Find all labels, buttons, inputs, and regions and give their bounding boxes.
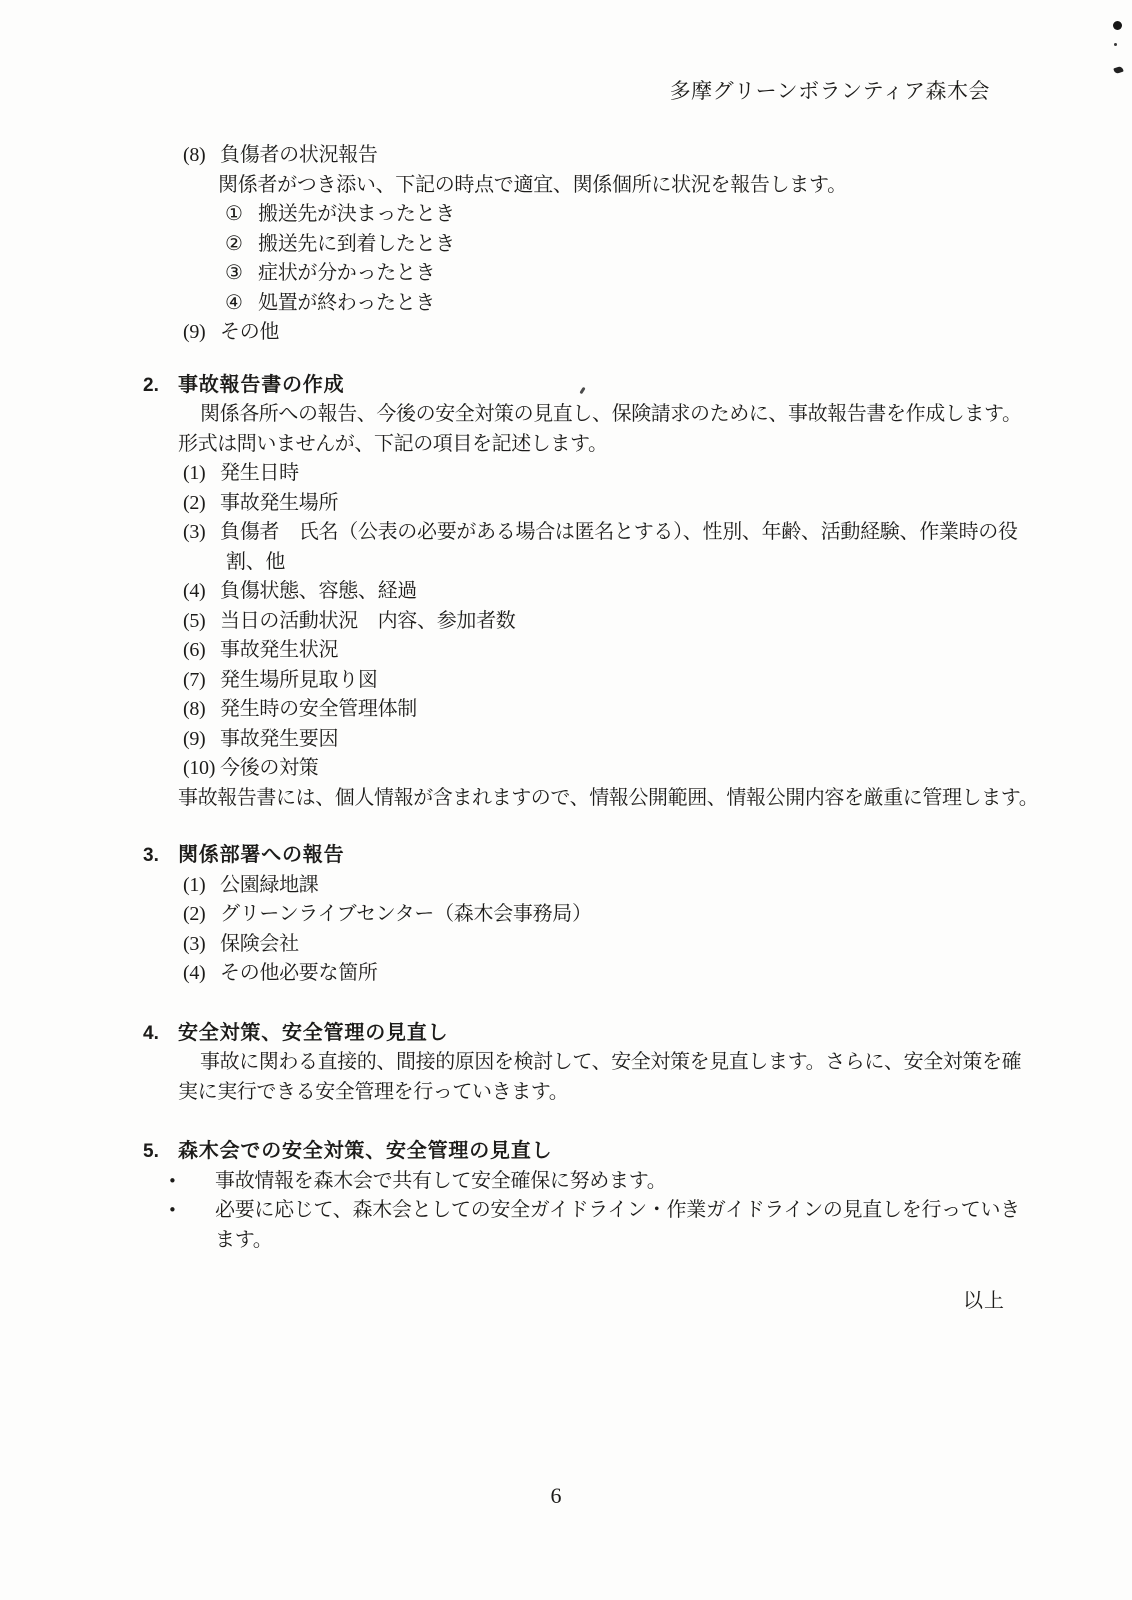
list-item: (6) 事故発生状況 [183, 636, 1132, 666]
item-text: 負傷者 氏名（公表の必要がある場合は匿名とする）、性別、年齢、活動経験、作業時の… [220, 518, 1018, 577]
section-heading: 2. 事故報告書の作成 [143, 371, 1132, 401]
list-item: (8) 負傷者の状況報告 [183, 141, 1132, 171]
list-item: (2) グリーンライブセンター（森木会事務局） [183, 900, 1132, 930]
item-label: (1) [183, 871, 220, 901]
item-label: (9) [183, 318, 220, 348]
item-label: (5) [183, 607, 220, 637]
item-paragraph: 関係者がつき添い、下記の時点で適宜、関係個所に状況を報告します。 [218, 171, 1132, 201]
list-item: (4) 負傷状態、容態、経過 [183, 577, 1132, 607]
circled-list-item: ② 搬送先に到着したとき [225, 230, 1132, 260]
section-heading: 3. 関係部署への報告 [143, 841, 1132, 871]
section-heading: 4. 安全対策、安全管理の見直し [143, 1019, 1132, 1049]
list-item: (7) 発生場所見取り図 [183, 666, 1132, 696]
list-item: (1) 発生日時 [183, 459, 1132, 489]
item-text: グリーンライブセンター（森木会事務局） [220, 900, 592, 930]
list-item: (8) 発生時の安全管理体制 [183, 695, 1132, 725]
bullet-icon: • [168, 1167, 215, 1197]
section-closing-paragraph: 事故報告書には、個人情報が含まれますので、情報公開範囲、情報公開内容を厳重に管理… [178, 784, 1132, 814]
section-title: 安全対策、安全管理の見直し [178, 1019, 448, 1049]
item-text: 症状が分かったとき [258, 259, 435, 289]
list-item: (9) 事故発生要因 [183, 725, 1132, 755]
item-text: 搬送先に到着したとき [258, 230, 455, 260]
page-number: 6 [0, 1481, 1122, 1511]
bullet-item: • 事故情報を森木会で共有して安全確保に努めます。 [168, 1167, 1132, 1197]
item-label: (6) [183, 636, 220, 666]
closing-mark: 以上 [0, 1287, 1005, 1317]
item-text: 負傷状態、容態、経過 [220, 577, 417, 607]
ink-speck [1114, 43, 1117, 46]
list-item: (2) 事故発生場所 [183, 489, 1132, 519]
circled-list-item: ① 搬送先が決まったとき [225, 200, 1132, 230]
item-label: (2) [183, 900, 220, 930]
item-label: (7) [183, 666, 220, 696]
item-text: 保険会社 [220, 930, 299, 960]
item-text: その他必要な箇所 [220, 959, 378, 989]
item-label: (8) [183, 141, 220, 171]
item-text: 公園緑地課 [220, 871, 319, 901]
item-label: (1) [183, 459, 220, 489]
item-text: 事故発生状況 [220, 636, 338, 666]
bullet-text: 事故情報を森木会で共有して安全確保に努めます。 [215, 1167, 667, 1197]
list-item: (1) 公園緑地課 [183, 871, 1132, 901]
circled-number: ① [225, 200, 258, 230]
section-number: 2. [143, 371, 178, 401]
item-text: 発生日時 [220, 459, 299, 489]
list-item: (10) 今後の対策 [183, 754, 1132, 784]
section-paragraph: 形式は問いませんが、下記の項目を記述します。 [178, 430, 1132, 460]
list-item: (5) 当日の活動状況 内容、参加者数 [183, 607, 1132, 637]
item-label: (3) [183, 518, 220, 577]
bullet-item: • 必要に応じて、森木会としての安全ガイドライン・作業ガイドラインの見直しを行っ… [168, 1196, 1132, 1255]
ink-speck [1113, 21, 1122, 30]
section-title: 関係部署への報告 [178, 841, 344, 871]
item-label: (8) [183, 695, 220, 725]
bullet-text-line: ます。 [215, 1226, 1020, 1256]
item-text: 発生場所見取り図 [220, 666, 378, 696]
item-text: 処置が終わったとき [258, 289, 435, 319]
section-paragraph: 関係各所への報告、今後の安全対策の見直し、保険請求のために、事故報告書を作成しま… [178, 400, 1132, 430]
section-number: 3. [143, 841, 178, 871]
section-title: 事故報告書の作成 [178, 371, 344, 401]
section-5: 5. 森木会での安全対策、安全管理の見直し • 事故情報を森木会で共有して安全確… [0, 1137, 1132, 1255]
item-text: 当日の活動状況 内容、参加者数 [220, 607, 516, 637]
item-text: 負傷者の状況報告 [220, 141, 378, 171]
section-title: 森木会での安全対策、安全管理の見直し [178, 1137, 552, 1167]
section-3: 3. 関係部署への報告 (1) 公園緑地課 (2) グリーンライブセンター（森木… [0, 841, 1132, 989]
bullet-text-line: 必要に応じて、森木会としての安全ガイドライン・作業ガイドラインの見直しを行ってい… [215, 1196, 1020, 1226]
item-text: 事故発生場所 [220, 489, 338, 519]
item-label: (2) [183, 489, 220, 519]
page-header-org-name: 多摩グリーンボランティア森木会 [0, 0, 1132, 106]
list-item: (3) 負傷者 氏名（公表の必要がある場合は匿名とする）、性別、年齢、活動経験、… [183, 518, 1132, 577]
circled-list-item: ③ 症状が分かったとき [225, 259, 1132, 289]
item-label: (4) [183, 959, 220, 989]
item-text-line: 割、他 [226, 548, 1018, 578]
list-item: (4) その他必要な箇所 [183, 959, 1132, 989]
section-number: 4. [143, 1019, 178, 1049]
bullet-icon: • [168, 1196, 215, 1255]
list-item: (3) 保険会社 [183, 930, 1132, 960]
circled-list-item: ④ 処置が終わったとき [225, 289, 1132, 319]
item-text: 発生時の安全管理体制 [220, 695, 417, 725]
section-heading: 5. 森木会での安全対策、安全管理の見直し [143, 1137, 1132, 1167]
item-text-line: 負傷者 氏名（公表の必要がある場合は匿名とする）、性別、年齢、活動経験、作業時の… [220, 518, 1018, 548]
circled-number: ④ [225, 289, 258, 319]
circled-number: ③ [225, 259, 258, 289]
item-label: (9) [183, 725, 220, 755]
item-text: 事故発生要因 [220, 725, 338, 755]
document-page: 多摩グリーンボランティア森木会 (8) 負傷者の状況報告 関係者がつき添い、下記… [0, 0, 1132, 1600]
section-paragraph: 事故に関わる直接的、間接的原因を検討して、安全対策を見直します。さらに、安全対策… [178, 1048, 1132, 1078]
item-text: 今後の対策 [220, 754, 319, 784]
section-number: 5. [143, 1137, 178, 1167]
section-paragraph: 実に実行できる安全管理を行っていきます。 [178, 1078, 1132, 1108]
section-2: 2. 事故報告書の作成 関係各所への報告、今後の安全対策の見直し、保険請求のため… [0, 371, 1132, 814]
item-label: (3) [183, 930, 220, 960]
list-item: (9) その他 [183, 318, 1132, 348]
continuation-list: (8) 負傷者の状況報告 関係者がつき添い、下記の時点で適宜、関係個所に状況を報… [0, 141, 1132, 348]
section-4: 4. 安全対策、安全管理の見直し 事故に関わる直接的、間接的原因を検討して、安全… [0, 1019, 1132, 1108]
bullet-text: 必要に応じて、森木会としての安全ガイドライン・作業ガイドラインの見直しを行ってい… [215, 1196, 1020, 1255]
circled-number: ② [225, 230, 258, 260]
item-label: (10) [183, 754, 220, 784]
item-text: 搬送先が決まったとき [258, 200, 455, 230]
item-text: その他 [220, 318, 279, 348]
item-label: (4) [183, 577, 220, 607]
